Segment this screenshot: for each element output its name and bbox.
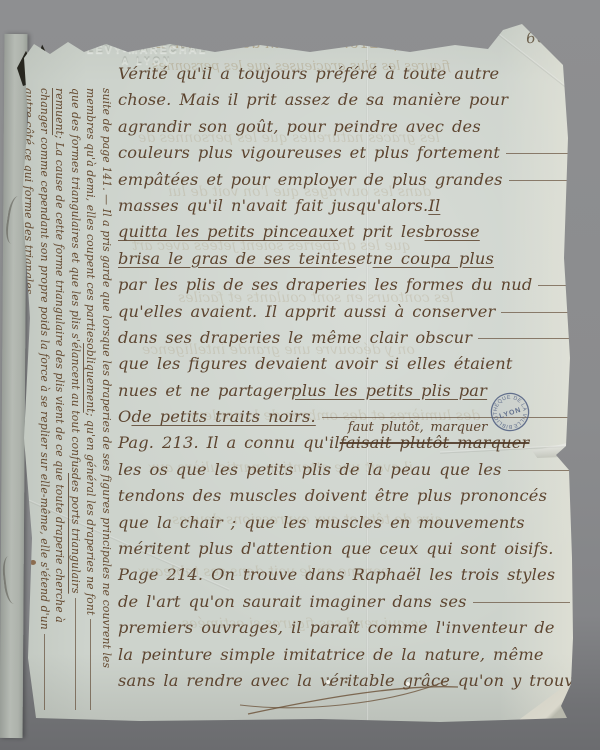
pencil-paren-mark — [4, 195, 26, 245]
handwritten-text: masses qu'il n'avait fait jusqu'alors. — [118, 196, 428, 215]
interlinear-insertion: faut plutôt, marquer — [348, 420, 488, 435]
manuscript-line: Vérité qu'il a toujours préféré à toute … — [118, 64, 570, 90]
manuscript-line: qu'elles avaient. Il apprit aussi à cons… — [118, 302, 570, 328]
handwritten-text: Vérité qu'il a toujours préféré à toute … — [118, 64, 499, 83]
underlined-text: obliquement — [83, 343, 99, 413]
handwritten-text: tendons des muscles doivent être plus pr… — [118, 486, 547, 505]
margin-line: membres qu'à demi, elles coupent ces par… — [83, 88, 99, 710]
margin-line: que des formes triangulaires et que les … — [68, 88, 84, 710]
handwritten-text: premiers ouvrages, il paraît comme l'inv… — [118, 618, 555, 637]
corrected-passage: faisait plutôt marquerfaut plutôt, marqu… — [340, 433, 530, 452]
handwritten-text: ; La cause de cette forme triangulaire d… — [52, 135, 68, 623]
handwritten-text: et prit les — [338, 222, 424, 241]
handwritten-text: qu'elles avaient. Il apprit aussi à cons… — [118, 302, 495, 321]
handwritten-text: O — [118, 407, 131, 426]
handwritten-text: et — [356, 249, 373, 268]
handwritten-text: Pag. 213. Il a connu qu'il — [118, 433, 340, 452]
filler-rule — [509, 180, 570, 181]
underlined-text: des ports triangulairs — [68, 473, 84, 594]
flourish — [234, 674, 470, 722]
manuscript-line: que la chair ; que les muscles en mouvem… — [118, 513, 570, 539]
handwritten-text: ; qu'en général les draperies ne font — [83, 413, 99, 616]
manuscript-line: empâtées et pour employer de plus grande… — [118, 170, 570, 196]
underlying-page-edge — [0, 34, 27, 738]
underlined-text: Il — [428, 196, 440, 215]
underlined-text: brisa le gras de ses teintes — [118, 249, 356, 268]
filler-rule — [473, 602, 570, 603]
embossed-stamp: LEVY-MARECHAL A LYON — [72, 44, 222, 66]
handwritten-text: par les plis de ses draperies les formes… — [118, 275, 532, 294]
manuscript-line: Pag. 213. Il a connu qu'il faisait plutô… — [118, 433, 570, 459]
handwritten-text: suite de page 141. — Il a pris garde que… — [99, 88, 115, 668]
manuscript-line: quitta les petits pinceaux et prit les b… — [118, 222, 570, 248]
handwritten-text: que des formes triangulaires et que les … — [68, 88, 84, 473]
photographed-manuscript-scene: p. 216. Du dessin de Raphaël. Les figure… — [0, 0, 600, 750]
handwritten-text: les os que les petits plis de la peau qu… — [118, 460, 502, 479]
underlined-text: plus les petits plis par — [291, 381, 487, 400]
underlined-text: de petits traits noirs. — [131, 407, 315, 426]
handwritten-text: que les figures devaient avoir si elles … — [118, 354, 513, 373]
filler-rule — [501, 312, 570, 313]
underlined-text: ne coupa plus — [373, 249, 494, 268]
underlined-text: remuent — [52, 88, 68, 135]
handwritten-text: de l'art qu'on saurait imaginer dans ses — [118, 592, 467, 611]
handwritten-text: dans ses draperies le même clair obscur — [118, 328, 472, 347]
handwritten-text: la peinture simple imitatrice de la natu… — [118, 645, 544, 664]
filler-rule — [75, 598, 76, 710]
manuscript-line: chose. Mais il prit assez de sa manière … — [118, 90, 570, 116]
margin-line: remuent ; La cause de cette forme triang… — [52, 88, 68, 710]
underlined-text: quitta les petits pinceaux — [118, 222, 338, 241]
manuscript-line: brisa le gras de ses teintes et ne coupa… — [118, 249, 570, 275]
manuscript-line: agrandir son goût, pour peindre avec des — [118, 117, 570, 143]
filler-rule — [506, 153, 570, 154]
ink-stain — [30, 560, 36, 565]
manuscript-line: par les plis de ses draperies les formes… — [118, 275, 570, 301]
margin-line: changer comme cependant son propre poids… — [37, 88, 53, 710]
manuscript-page: p. 216. Du dessin de Raphaël. Les figure… — [20, 18, 578, 724]
manuscript-line: méritent plus d'attention que ceux qui s… — [118, 539, 570, 565]
filler-rule — [538, 285, 570, 286]
main-text-block: Vérité qu'il a toujours préféré à toute … — [118, 64, 570, 697]
pencil-paren-mark — [1, 555, 21, 604]
margin-line: suite de page 141. — Il a pris garde que… — [99, 88, 115, 710]
handwritten-text: méritent plus d'attention que ceux qui s… — [118, 539, 554, 558]
handwritten-text: changer comme cependant son propre poids… — [37, 88, 53, 630]
underlined-text: brosse — [425, 222, 480, 241]
manuscript-line: dans ses draperies le même clair obscur — [118, 328, 570, 354]
filler-rule — [508, 470, 570, 471]
handwritten-text: empâtées et pour employer de plus grande… — [118, 170, 503, 189]
handwritten-text: membres qu'à demi, elles coupent ces par… — [83, 88, 99, 343]
manuscript-line: les os que les petits plis de la peau qu… — [118, 460, 570, 486]
filler-rule — [44, 634, 45, 710]
filler-rule — [478, 338, 570, 339]
manuscript-line: que les figures devaient avoir si elles … — [118, 354, 570, 380]
manuscript-line: de l'art qu'on saurait imaginer dans ses — [118, 592, 570, 618]
manuscript-line: tendons des muscles doivent être plus pr… — [118, 486, 570, 512]
handwritten-text: couleurs plus vigoureuses et plus fortem… — [118, 143, 500, 162]
manuscript-line: premiers ouvrages, il paraît comme l'inv… — [118, 618, 570, 644]
manuscript-line: Page 214. On trouve dans Raphaël les tro… — [118, 565, 570, 591]
margin-annotation: suite de page 141. — Il a pris garde que… — [21, 88, 114, 710]
handwritten-text: Page 214. On trouve dans Raphaël les tro… — [118, 565, 555, 584]
handwritten-text: que la chair ; que les muscles en mouvem… — [118, 513, 525, 532]
embossed-stamp-line: LEVY-MARECHAL — [72, 44, 222, 56]
handwritten-text: agrandir son goût, pour peindre avec des — [118, 117, 481, 136]
paper-speck — [406, 682, 410, 686]
paper-speck — [326, 680, 330, 684]
struck-text: faisait plutôt marquer — [340, 433, 530, 452]
manuscript-line: couleurs plus vigoureuses et plus fortem… — [118, 143, 570, 169]
manuscript-line: la peinture simple imitatrice de la natu… — [118, 645, 570, 671]
filler-rule — [91, 619, 92, 710]
handwritten-text: nues et ne partager — [118, 381, 291, 400]
page-number: 607 — [525, 27, 558, 48]
manuscript-line: masses qu'il n'avait fait jusqu'alors. I… — [118, 196, 570, 222]
handwritten-text: chose. Mais il prit assez de sa manière … — [118, 90, 508, 109]
